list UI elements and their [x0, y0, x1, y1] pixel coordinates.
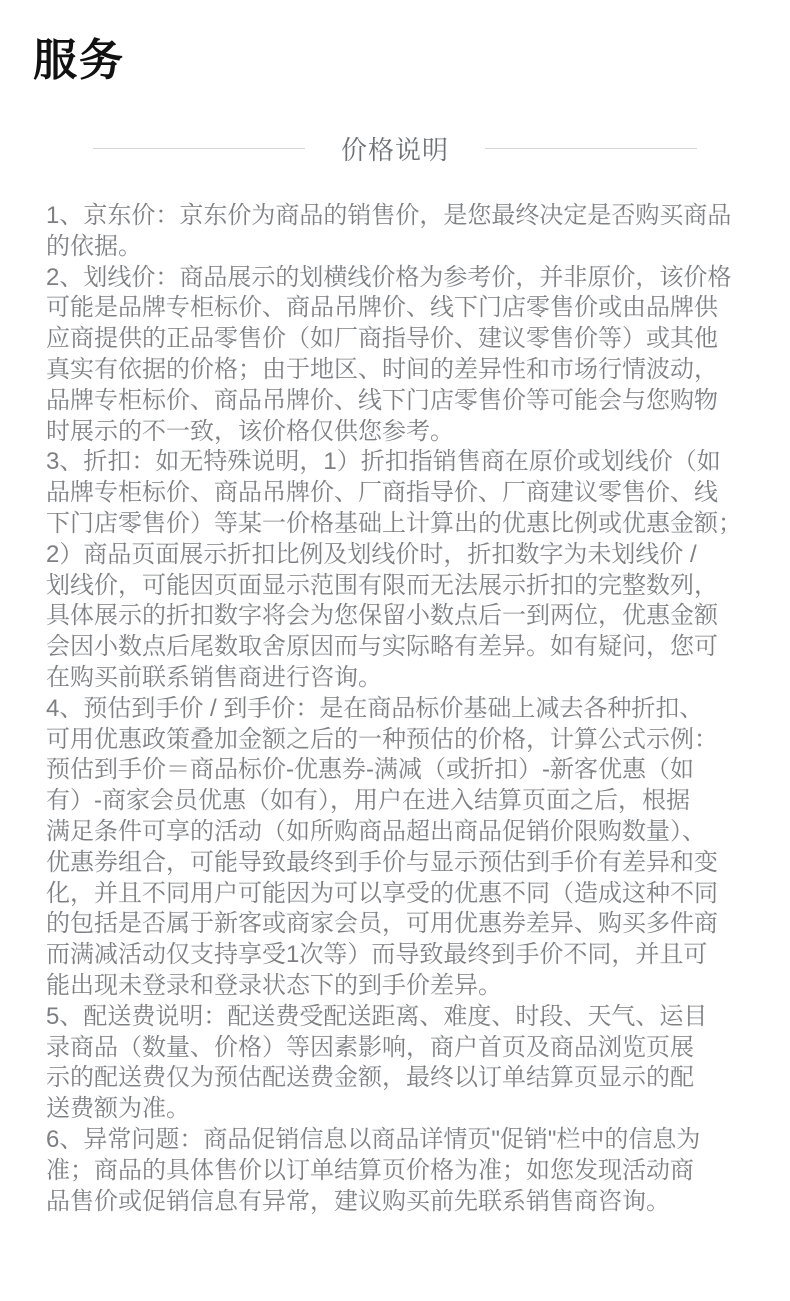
section-header: 价格说明 — [0, 130, 790, 166]
section-heading: 价格说明 — [341, 130, 449, 167]
page-title: 服务 — [33, 38, 125, 84]
price-note-abnormal-issues: 6、异常问题：商品促销信息以商品详情页"促销"栏中的信息为 准；商品的具体售价以… — [46, 1125, 756, 1217]
service-page: 服务 价格说明 1、京东价：京东价为商品的销售价，是您最终决定是否购买商品 的依… — [0, 0, 790, 1301]
divider-line-right — [485, 148, 697, 149]
price-note-strikethrough-price: 2、划线价：商品展示的划横线价格为参考价，并非原价，该价格 可能是品牌专柜标价、… — [46, 263, 756, 448]
price-notes: 1、京东价：京东价为商品的销售价，是您最终决定是否购买商品 的依据。 2、划线价… — [46, 201, 756, 1217]
divider-line-left — [93, 148, 305, 149]
price-note-delivery-fee: 5、配送费说明：配送费受配送距离、难度、时段、天气、运目 录商品（数量、价格）等… — [46, 1002, 756, 1125]
price-note-discount: 3、折扣：如无特殊说明，1）折扣指销售商在原价或划线价（如 品牌专柜标价、商品吊… — [46, 447, 756, 693]
price-note-jd-price: 1、京东价：京东价为商品的销售价，是您最终决定是否购买商品 的依据。 — [46, 201, 756, 263]
price-note-estimated-price: 4、预估到手价 / 到手价：是在商品标价基础上减去各种折扣、 可用优惠政策叠加金… — [46, 694, 756, 1002]
